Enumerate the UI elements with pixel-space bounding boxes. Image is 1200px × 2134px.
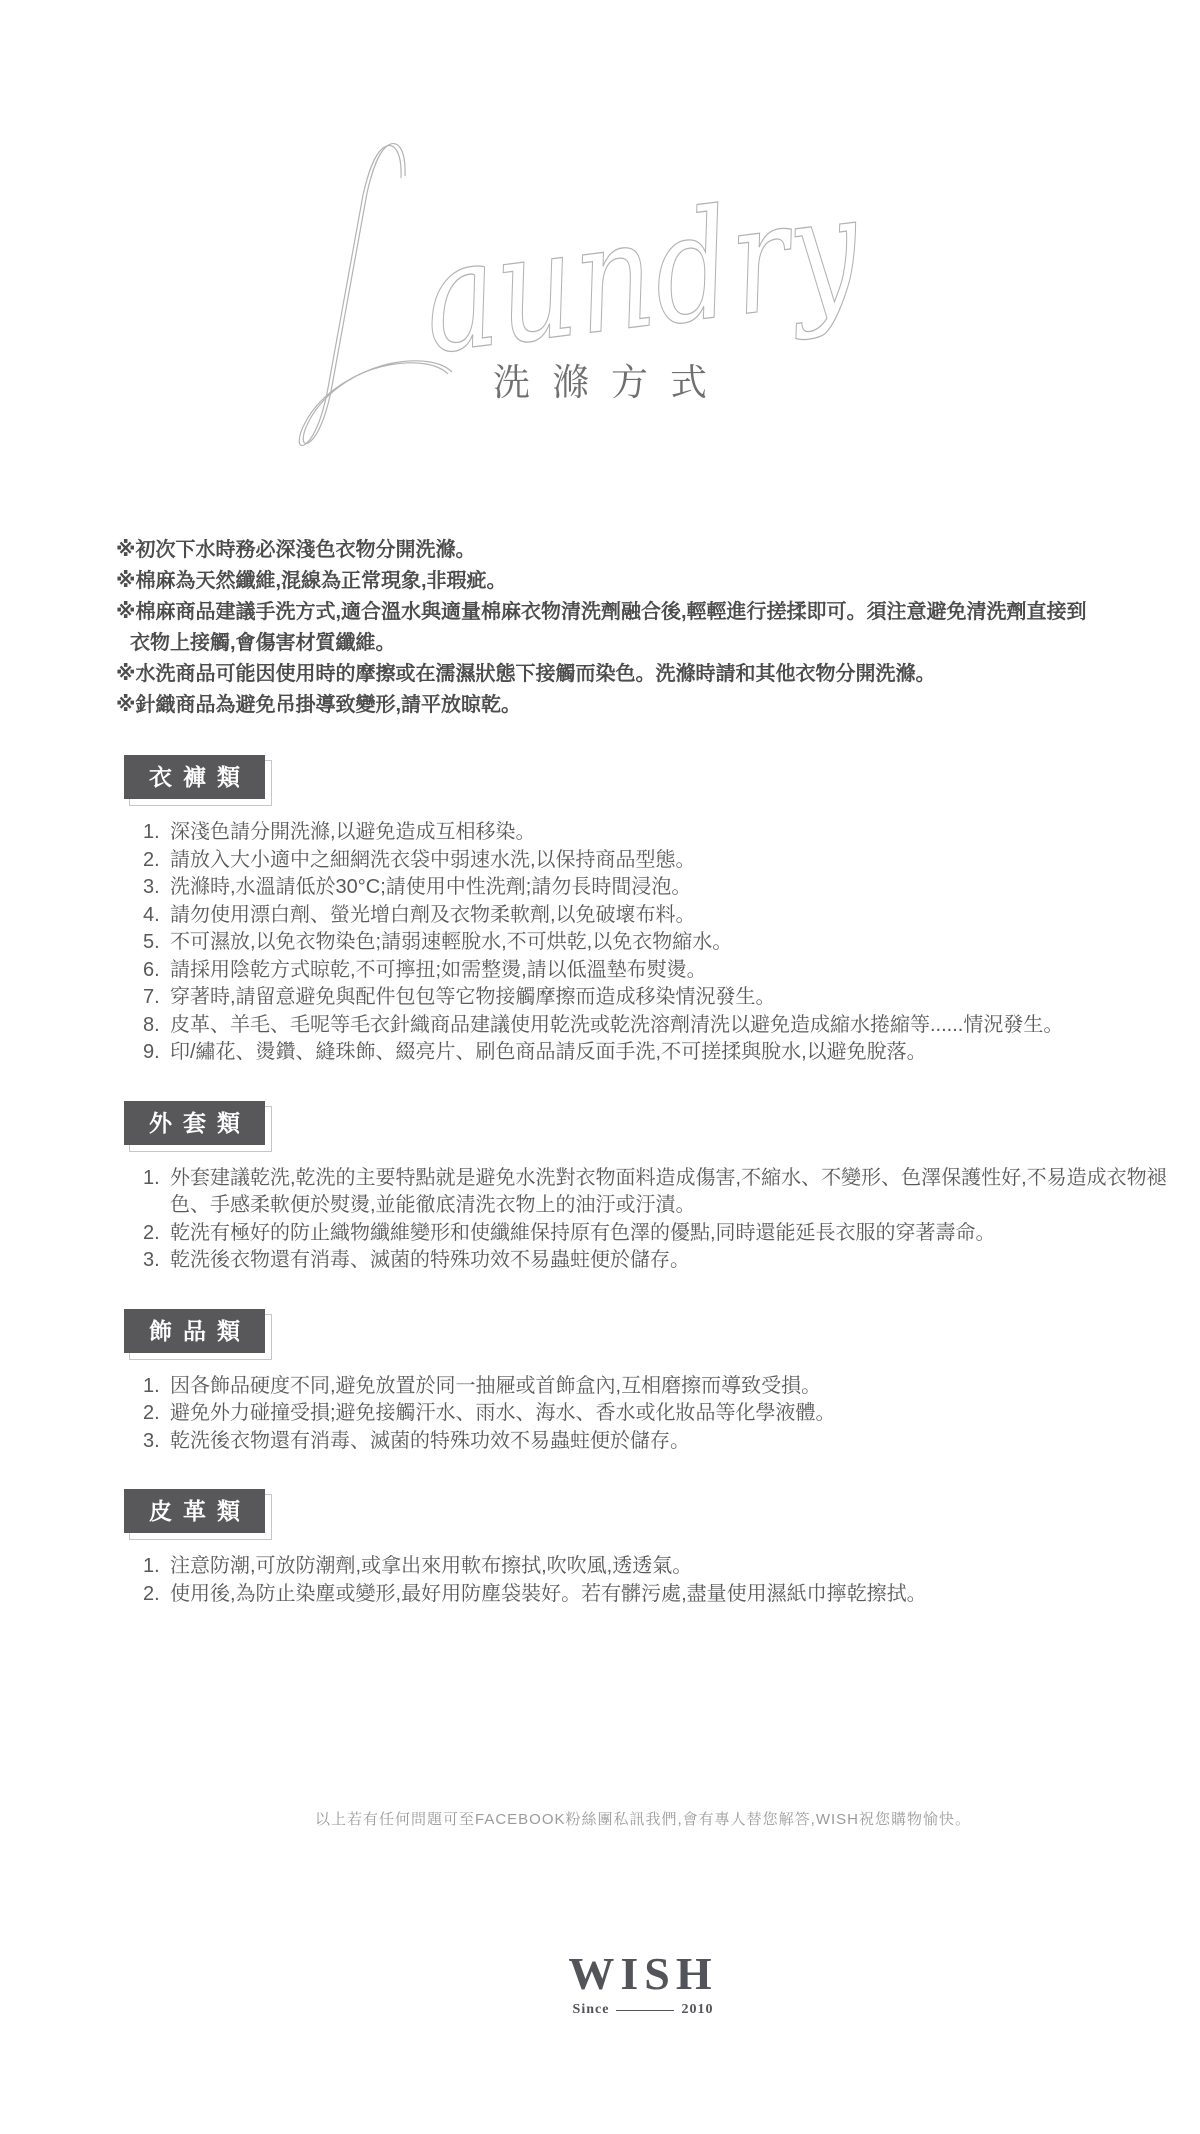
section-title-box: 飾品類 [124,1309,265,1353]
care-section-accessories: 飾品類 因各飾品硬度不同,避免放置於同一抽屜或首飾盒內,互相磨擦而導致受損。 避… [116,1275,1170,1456]
footer-note: 以上若有任何問題可至FACEBOOK粉絲團私訊我們,會有專人替您解答,WISH祝… [116,1808,1170,1829]
since-label: Since [573,2002,610,2018]
care-instruction-item: 深淺色請分開洗滌,以避免造成互相移染。 [170,819,1170,847]
section-title: 皮革類 [149,1498,251,1524]
section-title-box: 皮革類 [124,1489,265,1533]
care-instruction-item: 印/繡花、燙鑽、縫珠飾、綴亮片、刷色商品請反面手洗,不可搓揉與脫水,以避免脫落。 [170,1039,1170,1067]
care-list: 因各飾品硬度不同,避免放置於同一抽屜或首飾盒內,互相磨擦而導致受損。 避免外力碰… [126,1373,1170,1456]
care-section-clothing: 衣褲類 深淺色請分開洗滌,以避免造成互相移染。 請放入大小適中之細網洗衣袋中弱速… [116,721,1170,1067]
section-title: 飾品類 [149,1318,251,1344]
care-instruction-item: 乾洗後衣物還有消毒、滅菌的特殊功效不易蟲蛀便於儲存。 [170,1247,1170,1275]
brand-logo: WISH Since 2010 [116,1947,1170,2018]
section-title-box: 衣褲類 [124,755,265,799]
laundry-logo-area: aundry 洗滌方式 [0,0,1200,535]
care-content: ※初次下水時務必深淺色衣物分開洗滌。 ※棉麻為天然纖維,混線為正常現象,非瑕疵。… [0,535,1200,2018]
note-line: ※棉麻為天然纖維,混線為正常現象,非瑕疵。 [116,566,1170,597]
care-instruction-item: 請放入大小適中之細網洗衣袋中弱速水洗,以保持商品型態。 [170,847,1170,875]
note-line: ※初次下水時務必深淺色衣物分開洗滌。 [116,535,1170,566]
care-instruction-item: 請採用陰乾方式晾乾,不可擰扭;如需整燙,請以低溫墊布熨燙。 [170,957,1170,985]
brand-name: WISH [116,1947,1170,2000]
note-line: ※水洗商品可能因使用時的摩擦或在濡濕狀態下接觸而染色。洗滌時請和其他衣物分開洗滌… [116,659,1170,690]
general-notes: ※初次下水時務必深淺色衣物分開洗滌。 ※棉麻為天然纖維,混線為正常現象,非瑕疵。… [116,535,1170,721]
care-instruction-item: 因各飾品硬度不同,避免放置於同一抽屜或首飾盒內,互相磨擦而導致受損。 [170,1373,1170,1401]
care-instruction-item: 請勿使用漂白劑、螢光增白劑及衣物柔軟劑,以免破壞布料。 [170,902,1170,930]
since-year: 2010 [681,2002,713,2018]
care-instruction-item: 避免外力碰撞受損;避免接觸汗水、雨水、海水、香水或化妝品等化學液體。 [170,1400,1170,1428]
care-instruction-item: 注意防潮,可放防潮劑,或拿出來用軟布擦拭,吹吹風,透透氣。 [170,1553,1170,1581]
care-section-outerwear: 外套類 外套建議乾洗,乾洗的主要特點就是避免水洗對衣物面料造成傷害,不縮水、不變… [116,1067,1170,1275]
page-subtitle: 洗滌方式 [0,352,1200,406]
care-instruction-item: 皮革、羊毛、毛呢等毛衣針織商品建議使用乾洗或乾洗溶劑清洗以避免造成縮水捲縮等..… [170,1012,1170,1040]
care-instruction-item: 不可濕放,以免衣物染色;請弱速輕脫水,不可烘乾,以免衣物縮水。 [170,929,1170,957]
care-instruction-item: 外套建議乾洗,乾洗的主要特點就是避免水洗對衣物面料造成傷害,不縮水、不變形、色澤… [170,1165,1170,1220]
care-instruction-item: 乾洗後衣物還有消毒、滅菌的特殊功效不易蟲蛀便於儲存。 [170,1428,1170,1456]
care-section-leather: 皮革類 注意防潮,可放防潮劑,或拿出來用軟布擦拭,吹吹風,透透氣。 使用後,為防… [116,1455,1170,1608]
since-line [616,2010,674,2011]
laundry-care-page: aundry 洗滌方式 ※初次下水時務必深淺色衣物分開洗滌。 ※棉麻為天然纖維,… [0,0,1200,2018]
care-instruction-item: 洗滌時,水溫請低於30°C;請使用中性洗劑;請勿長時間浸泡。 [170,874,1170,902]
care-list: 注意防潮,可放防潮劑,或拿出來用軟布擦拭,吹吹風,透透氣。 使用後,為防止染塵或… [126,1553,1170,1608]
care-instruction-item: 使用後,為防止染塵或變形,最好用防塵袋裝好。若有髒污處,盡量使用濕紙巾擰乾擦拭。 [170,1581,1170,1609]
care-list: 外套建議乾洗,乾洗的主要特點就是避免水洗對衣物面料造成傷害,不縮水、不變形、色澤… [126,1165,1170,1275]
note-line: ※針織商品為避免吊掛導致變形,請平放晾乾。 [116,690,1170,721]
care-instruction-item: 穿著時,請留意避免與配件包包等它物接觸摩擦而造成移染情況發生。 [170,984,1170,1012]
section-title-box: 外套類 [124,1101,265,1145]
section-title: 外套類 [149,1110,251,1136]
care-instruction-item: 乾洗有極好的防止織物纖維變形和使纖維保持原有色澤的優點,同時還能延長衣服的穿著壽… [170,1220,1170,1248]
note-line: ※棉麻商品建議手洗方式,適合溫水與適量棉麻衣物清洗劑融合後,輕輕進行搓揉即可。須… [116,597,1170,628]
brand-since-row: Since 2010 [116,2002,1170,2018]
care-list: 深淺色請分開洗滌,以避免造成互相移染。 請放入大小適中之細網洗衣袋中弱速水洗,以… [126,819,1170,1067]
section-title: 衣褲類 [149,764,251,790]
note-line-continuation: 衣物上接觸,會傷害材質纖維。 [116,628,1170,659]
